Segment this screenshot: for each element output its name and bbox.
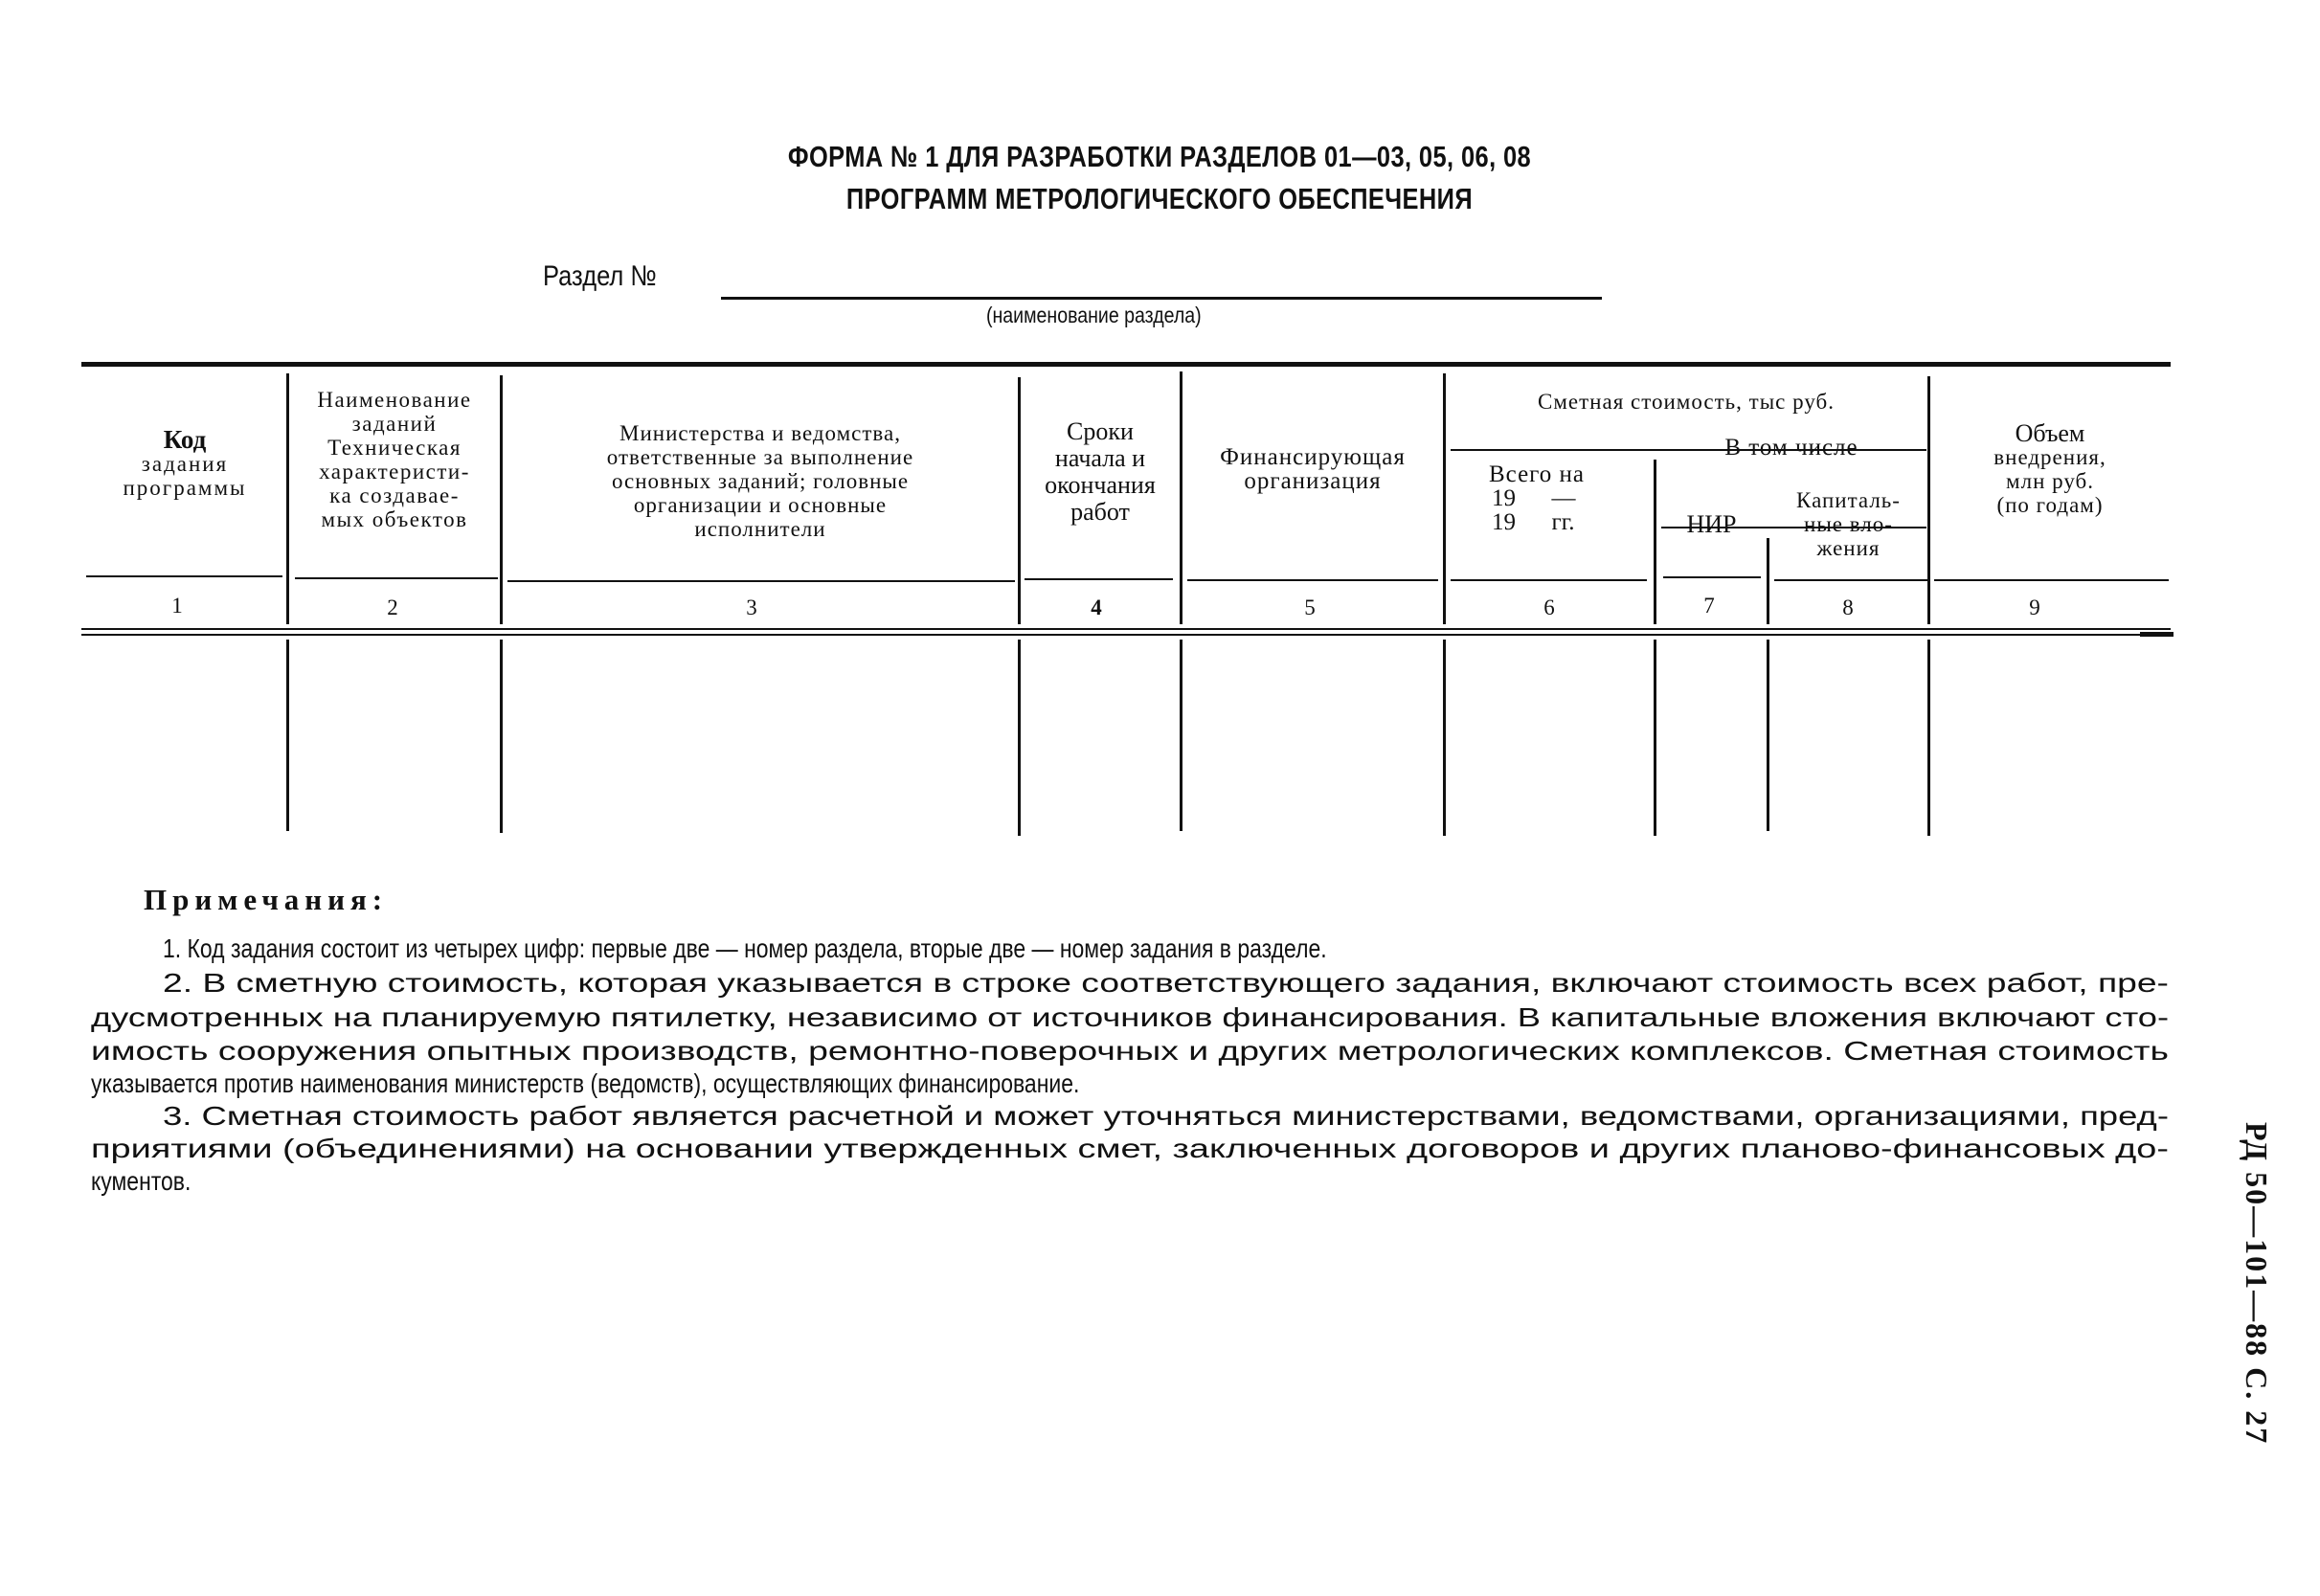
note-line: 1. Код задания состоит из четырех цифр: …	[163, 933, 1808, 964]
header-rule-col4	[1025, 578, 1173, 580]
col-number-8: 8	[1819, 596, 1877, 620]
body-divider-2-3	[500, 640, 503, 833]
col-header-4-line: Сроки	[1021, 418, 1180, 445]
col-header-8: Капиталь- ные вло- жения	[1769, 488, 1927, 560]
col-header-2-line: мых объектов	[289, 507, 500, 531]
header-rule-col1	[86, 575, 282, 577]
col-header-3-line: основных заданий; головные	[503, 469, 1018, 493]
form-title-line-1: ФОРМА № 1 ДЛЯ РАЗРАБОТКИ РАЗДЕЛОВ 01—03,…	[531, 140, 1788, 174]
double-rule-end	[2140, 632, 2174, 637]
cell-task-name[interactable]	[290, 640, 499, 831]
note-line: имость сооружения опытных производств, р…	[91, 1036, 2320, 1067]
col-header-5: Финансирующая организация	[1183, 445, 1443, 493]
header-rule-col6	[1451, 579, 1647, 581]
col-header-1-line: Код	[84, 428, 285, 452]
col-header-3-line: организации и основные	[503, 493, 1018, 517]
section-name-field[interactable]	[721, 264, 1602, 300]
col-header-4-line: работ	[1021, 499, 1180, 526]
col-header-3-line: исполнители	[503, 517, 1018, 541]
col-header-9: Объем внедрения, млн руб. (по годам)	[1930, 421, 2170, 517]
notes-heading: Примечания:	[144, 883, 388, 917]
col-number-4: 4	[1068, 596, 1125, 620]
section-label: Раздел №	[543, 260, 657, 293]
col-header-8-line: ные вло-	[1769, 512, 1927, 536]
header-rule-col9	[1934, 579, 2169, 581]
note-line: приятиями (объединениями) на основании у…	[91, 1134, 2320, 1164]
body-divider-4-5	[1180, 640, 1183, 831]
body-divider-5-6	[1443, 640, 1446, 836]
subgroup-header-including: В том числе	[1656, 436, 1926, 460]
table-top-rule	[81, 362, 2171, 367]
col-number-6: 6	[1520, 596, 1578, 620]
cell-ministries[interactable]	[504, 640, 1017, 831]
note-line: 2. В сметную стоимость, которая указывае…	[163, 968, 2320, 999]
col-header-4-line: окончания	[1021, 472, 1180, 499]
col-header-8-line: жения	[1769, 536, 1927, 560]
col-header-1-line: задания	[84, 452, 285, 476]
cell-capital-investment[interactable]	[1770, 640, 1926, 831]
section-caption: (наименование раздела)	[986, 303, 1202, 328]
col-number-2: 2	[364, 596, 421, 620]
cell-implementation-volume[interactable]	[1931, 640, 2169, 831]
col-header-1-line: программы	[84, 476, 285, 500]
cell-financing-org[interactable]	[1183, 640, 1442, 831]
col-header-2-line: Наименование	[289, 388, 500, 412]
col-number-1: 1	[148, 594, 206, 618]
col-header-2-line: характеристи-	[289, 460, 500, 483]
col-header-4-line: начала и	[1021, 445, 1180, 472]
col-number-7: 7	[1680, 594, 1738, 618]
cell-task-code[interactable]	[81, 640, 284, 831]
double-rule-top	[81, 628, 2171, 630]
document-code-page-number: РД 50—101—88 С. 27	[2239, 1122, 2274, 1445]
divider-4-5	[1180, 371, 1183, 624]
col-header-8-line: Капиталь-	[1769, 488, 1927, 512]
col-number-3: 3	[723, 596, 780, 620]
col-header-5-line: Финансирующая	[1183, 445, 1443, 469]
col-header-1: Код задания программы	[84, 428, 285, 500]
col-header-6-line: 19 гг.	[1489, 510, 1654, 534]
col-number-9: 9	[2006, 596, 2063, 620]
body-divider-1-2	[286, 640, 289, 831]
note-line: кументов.	[91, 1166, 1794, 1197]
header-rule-col7	[1663, 576, 1761, 578]
col-header-3-line: ответственные за выполнение	[503, 445, 1018, 469]
body-divider-7-8	[1767, 640, 1769, 831]
col-header-3-line: Министерства и ведомства,	[503, 421, 1018, 445]
col-header-3: Министерства и ведомства, ответственные …	[503, 421, 1018, 541]
body-divider-8-9	[1927, 640, 1930, 836]
col-header-6: Всего на 19 — 19 гг.	[1446, 462, 1654, 534]
header-rule-col8	[1774, 579, 1927, 581]
cell-rnd-cost[interactable]	[1657, 640, 1766, 831]
header-rule-col2	[295, 577, 498, 579]
cell-terms[interactable]	[1022, 640, 1179, 831]
note-line: 3. Сметная стоимость работ является расч…	[163, 1101, 2320, 1132]
double-rule-bottom	[81, 634, 2171, 636]
divider-6-7	[1654, 460, 1656, 624]
col-header-6-line: Всего на	[1489, 462, 1654, 486]
note-line: указывается против наименования министер…	[91, 1068, 1794, 1099]
col-header-7: НИР	[1656, 512, 1767, 536]
col-header-9-line: млн руб.	[1930, 469, 2170, 493]
col-header-9-line: (по годам)	[1930, 493, 2170, 517]
body-divider-6-7	[1654, 640, 1656, 836]
col-header-2-line: ка создавае-	[289, 483, 500, 507]
col-header-2: Наименование заданий Техническая характе…	[289, 388, 500, 531]
form-title-line-2: ПРОГРАММ МЕТРОЛОГИЧЕСКОГО ОБЕСПЕЧЕНИЯ	[531, 182, 1788, 216]
note-line: дусмотренных на планируемую пятилетку, н…	[91, 1002, 2320, 1033]
cell-total-cost[interactable]	[1447, 640, 1653, 831]
col-header-2-line: Техническая	[289, 436, 500, 460]
col-header-9-line: Объем	[1930, 421, 2170, 445]
col-header-4: Сроки начала и окончания работ	[1021, 418, 1180, 526]
col-header-2-line: заданий	[289, 412, 500, 436]
col-number-5: 5	[1281, 596, 1339, 620]
col-header-6-line: 19 —	[1489, 486, 1654, 510]
body-divider-3-4	[1018, 640, 1021, 836]
col-header-5-line: организация	[1183, 469, 1443, 493]
col-header-9-line: внедрения,	[1930, 445, 2170, 469]
header-rule-col5	[1187, 579, 1438, 581]
header-rule-col3	[507, 580, 1015, 582]
group-header-estimated-cost: Сметная стоимость, тыс руб.	[1446, 390, 1926, 414]
